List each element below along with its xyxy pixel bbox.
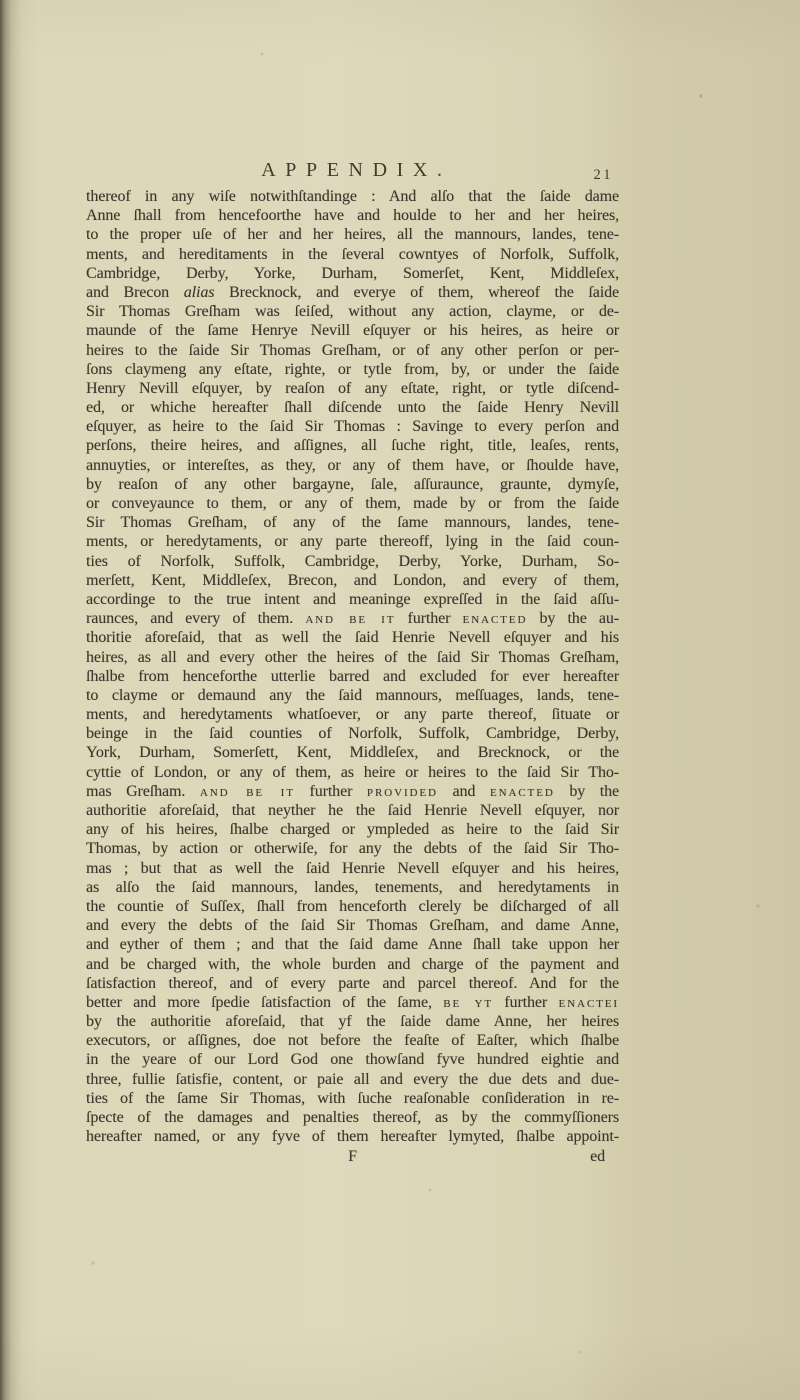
signature-mark: F bbox=[86, 1147, 619, 1166]
text-line: to clayme or demaund any the ſaid mannou… bbox=[86, 686, 619, 705]
text-line: any of his heires, ſhalbe charged or ymp… bbox=[86, 820, 619, 839]
text-line: authoritie aforeſaid, that neyther he th… bbox=[86, 801, 619, 820]
text-segment: ments, or heredytaments, or any parte th… bbox=[86, 533, 619, 550]
text-segment: ments, and heredytaments whatſoever, or … bbox=[86, 706, 619, 723]
text-line: three, fullie ſatisfie, content, or paie… bbox=[86, 1070, 619, 1089]
text-line: ed, or whiche hereafter ſhall diſcende u… bbox=[86, 398, 619, 417]
text-line: and every the debts of the ſaid Sir Thom… bbox=[86, 916, 619, 935]
text-segment: accordinge to the true intent and meanin… bbox=[86, 591, 619, 608]
text-segment: Thomas, by action or otherwiſe, for any … bbox=[86, 840, 619, 857]
text-line: and eyther of them ; and that the ſaid d… bbox=[86, 935, 619, 954]
text-segment: any of his heires, ſhalbe charged or ymp… bbox=[86, 821, 619, 838]
text-segment: by the authoritie aforeſaid, that yf the… bbox=[86, 1013, 619, 1030]
text-line: maunde of the ſame Henrye Nevill eſquyer… bbox=[86, 321, 619, 340]
text-segment-sc: provided bbox=[367, 783, 438, 800]
text-segment: ed, or whiche hereafter ſhall diſcende u… bbox=[86, 399, 619, 416]
text-line: thereof in any wiſe notwithſtandinge : A… bbox=[86, 187, 619, 206]
text-line: beinge in the ſaid counties of Norfolk, … bbox=[86, 724, 619, 743]
text-line: and Brecon alias Brecknock, and everye o… bbox=[86, 283, 619, 302]
text-line: Henry Nevill eſquyer, by reaſon of any e… bbox=[86, 379, 619, 398]
text-line: perſons, theire heires, and aſſignes, al… bbox=[86, 436, 619, 455]
text-segment: Anne ſhall from hencefoorthe have and ho… bbox=[86, 207, 619, 224]
text-segment: by the au- bbox=[527, 610, 619, 627]
text-line: ments, or heredytaments, or any parte th… bbox=[86, 532, 619, 551]
text-line: mas Greſham. and be it further provided … bbox=[86, 782, 619, 801]
catchword: ed bbox=[590, 1147, 605, 1166]
text-line: merſett, Kent, Middleſex, Brecon, and Lo… bbox=[86, 571, 619, 590]
text-line: ments, and hereditaments in the ſeveral … bbox=[86, 245, 619, 264]
text-segment-sc: and be it bbox=[200, 783, 295, 800]
text-segment: authoritie aforeſaid, that neyther he th… bbox=[86, 802, 619, 819]
text-line: eſquyer, as heire to the ſaid Sir Thomas… bbox=[86, 417, 619, 436]
text-block: thereof in any wiſe notwithſtandinge : A… bbox=[86, 187, 619, 1146]
text-segment: or conveyaunce to them, or any of them, … bbox=[86, 495, 619, 512]
text-segment: heires, as all and every other the heire… bbox=[86, 649, 619, 666]
text-line: the countie of Suſſex, ſhall from hencef… bbox=[86, 897, 619, 916]
text-line: ments, and heredytaments whatſoever, or … bbox=[86, 705, 619, 724]
text-segment: maunde of the ſame Henrye Nevill eſquyer… bbox=[86, 322, 619, 339]
text-segment: to the proper uſe of her and her heires,… bbox=[86, 226, 619, 243]
text-segment: and every the debts of the ſaid Sir Thom… bbox=[86, 917, 619, 934]
text-line: Anne ſhall from hencefoorthe have and ho… bbox=[86, 206, 619, 225]
text-segment: thoritie aforeſaid, that as well the ſai… bbox=[86, 629, 619, 646]
text-segment: and Brecon bbox=[86, 284, 184, 301]
text-segment: mas Greſham. bbox=[86, 783, 200, 800]
text-segment: Sir Thomas Greſham was ſeiſed, without a… bbox=[86, 303, 619, 320]
page-number: 21 bbox=[85, 167, 613, 184]
text-line: hereafter named, or any fyve of them her… bbox=[86, 1127, 619, 1146]
text-line: annuyties, or intereſtes, as they, or an… bbox=[86, 456, 619, 475]
text-line: Sir Thomas Greſham was ſeiſed, without a… bbox=[86, 302, 619, 321]
text-segment-italic: alias bbox=[184, 284, 215, 301]
text-line: accordinge to the true intent and meanin… bbox=[86, 590, 619, 609]
text-segment: ſatisfaction thereof, and of every parte… bbox=[86, 975, 619, 992]
text-line: ſpecte of the damages and penalties ther… bbox=[86, 1108, 619, 1127]
text-segment: thereof in any wiſe notwithſtandinge : A… bbox=[86, 188, 619, 205]
text-segment: and be charged with, the whole burden an… bbox=[86, 956, 619, 973]
book-page: APPENDIX. 21 thereof in any wiſe notwith… bbox=[0, 0, 800, 1400]
text-segment: Brecknock, and everye of them, whereof t… bbox=[214, 284, 619, 301]
text-line: heires to the ſaide Sir Thomas Greſham, … bbox=[86, 341, 619, 360]
text-segment: to clayme or demaund any the ſaid mannou… bbox=[86, 687, 619, 704]
text-segment: merſett, Kent, Middleſex, Brecon, and Lo… bbox=[86, 572, 619, 589]
text-segment: ſhalbe from henceforthe utterlie barred … bbox=[86, 668, 619, 685]
text-line: Sir Thomas Greſham, of any of the ſame m… bbox=[86, 513, 619, 532]
text-segment: Cambridge, Derby, Yorke, Durham, Somerſe… bbox=[86, 265, 619, 282]
text-segment: three, fullie ſatisfie, content, or paie… bbox=[86, 1071, 619, 1088]
text-segment: hereafter named, or any fyve of them her… bbox=[86, 1128, 619, 1145]
text-segment: further bbox=[395, 610, 462, 627]
text-line: and be charged with, the whole burden an… bbox=[86, 955, 619, 974]
signature-row: F ed bbox=[86, 1147, 619, 1166]
text-line: cyttie of London, or any of them, as hei… bbox=[86, 763, 619, 782]
text-segment: as alſo the ſaid mannours, landes, tenem… bbox=[86, 879, 619, 896]
text-segment: beinge in the ſaid counties of Norfolk, … bbox=[86, 725, 619, 742]
text-segment: ties of Norfolk, Suffolk, Cambridge, Der… bbox=[86, 553, 619, 570]
text-segment: in the yeare of our Lord God one thowſan… bbox=[86, 1051, 619, 1068]
text-line: ties of the ſame Sir Thomas, with ſuche … bbox=[86, 1089, 619, 1108]
text-line: in the yeare of our Lord God one thowſan… bbox=[86, 1050, 619, 1069]
text-line: as alſo the ſaid mannours, landes, tenem… bbox=[86, 878, 619, 897]
text-segment: York, Durham, Somerſett, Kent, Middleſex… bbox=[86, 744, 619, 761]
text-segment: further bbox=[295, 783, 367, 800]
text-line: ſhalbe from henceforthe utterlie barred … bbox=[86, 667, 619, 686]
text-line: ties of Norfolk, Suffolk, Cambridge, Der… bbox=[86, 552, 619, 571]
text-line: raunces, and every of them. and be it fu… bbox=[86, 609, 619, 628]
text-segment-sc: enacted bbox=[463, 610, 528, 627]
text-segment-sc: and be it bbox=[305, 610, 395, 627]
text-segment-sc: enacted bbox=[490, 783, 555, 800]
text-segment: by the bbox=[555, 783, 619, 800]
text-segment: by reaſon of any other bargayne, ſale, a… bbox=[86, 476, 619, 493]
text-line: by the authoritie aforeſaid, that yf the… bbox=[86, 1012, 619, 1031]
text-segment: eſquyer, as heire to the ſaid Sir Thomas… bbox=[86, 418, 619, 435]
text-segment: further bbox=[493, 994, 559, 1011]
text-segment: heires to the ſaide Sir Thomas Greſham, … bbox=[86, 342, 619, 359]
text-line: ſons claymeng any eſtate, righte, or tyt… bbox=[86, 360, 619, 379]
text-segment: annuyties, or intereſtes, as they, or an… bbox=[86, 457, 619, 474]
text-line: ſatisfaction thereof, and of every parte… bbox=[86, 974, 619, 993]
text-line: Cambridge, Derby, Yorke, Durham, Somerſe… bbox=[86, 264, 619, 283]
text-line: by reaſon of any other bargayne, ſale, a… bbox=[86, 475, 619, 494]
text-segment: ments, and hereditaments in the ſeveral … bbox=[86, 246, 619, 263]
text-segment-sc: be yt bbox=[443, 994, 493, 1011]
text-segment: and bbox=[438, 783, 490, 800]
text-segment: ſons claymeng any eſtate, righte, or tyt… bbox=[86, 361, 619, 378]
text-line: York, Durham, Somerſett, Kent, Middleſex… bbox=[86, 743, 619, 762]
text-line: or conveyaunce to them, or any of them, … bbox=[86, 494, 619, 513]
text-segment: perſons, theire heires, and aſſignes, al… bbox=[86, 437, 619, 454]
text-line: Thomas, by action or otherwiſe, for any … bbox=[86, 839, 619, 858]
text-segment: better and more ſpedie ſatisfaction of t… bbox=[86, 994, 443, 1011]
text-line: thoritie aforeſaid, that as well the ſai… bbox=[86, 628, 619, 647]
text-segment: cyttie of London, or any of them, as hei… bbox=[86, 764, 619, 781]
text-segment: ſpecte of the damages and penalties ther… bbox=[86, 1109, 619, 1126]
text-segment-sc: enactei bbox=[559, 994, 620, 1011]
text-segment: mas ; but that as well the ſaid Henrie N… bbox=[86, 860, 619, 877]
text-line: to the proper uſe of her and her heires,… bbox=[86, 225, 619, 244]
text-line: mas ; but that as well the ſaid Henrie N… bbox=[86, 859, 619, 878]
text-segment: executors, or aſſignes, doe not before t… bbox=[86, 1032, 619, 1049]
text-segment: Henry Nevill eſquyer, by reaſon of any e… bbox=[86, 380, 619, 397]
text-segment: and eyther of them ; and that the ſaid d… bbox=[86, 936, 619, 953]
text-line: better and more ſpedie ſatisfaction of t… bbox=[86, 993, 619, 1012]
text-segment: raunces, and every of them. bbox=[86, 610, 305, 627]
text-line: heires, as all and every other the heire… bbox=[86, 648, 619, 667]
text-line: executors, or aſſignes, doe not before t… bbox=[86, 1031, 619, 1050]
text-segment: the countie of Suſſex, ſhall from hencef… bbox=[86, 898, 619, 915]
text-segment: ties of the ſame Sir Thomas, with ſuche … bbox=[86, 1090, 619, 1107]
text-segment: Sir Thomas Greſham, of any of the ſame m… bbox=[86, 514, 619, 531]
